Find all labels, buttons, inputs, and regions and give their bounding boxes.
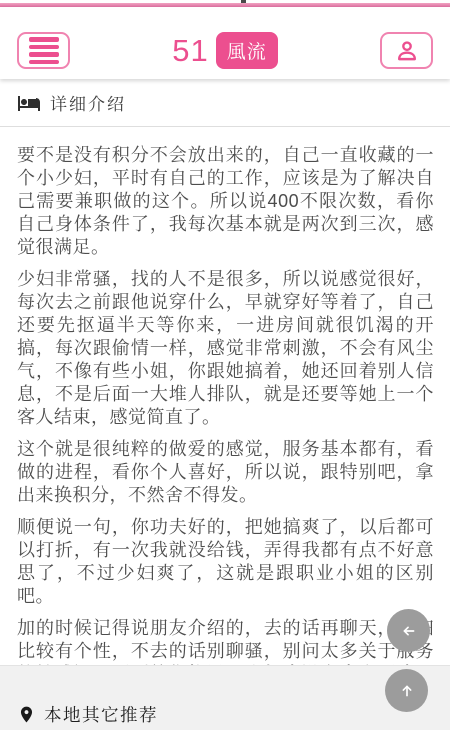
paragraph: 顺便说一句，你功夫好的，把她搞爽了，以后都可以打折，有一次我就没给钱，弄得我都有… <box>17 516 434 608</box>
footer-title: 本地其它推荐 <box>44 702 158 727</box>
bed-icon <box>17 91 41 115</box>
arrow-left-icon <box>398 620 420 642</box>
arrow-up-icon <box>396 680 418 702</box>
menu-button[interactable] <box>17 32 70 69</box>
section-title: 详细介绍 <box>50 90 126 115</box>
scroll-to-top-button[interactable] <box>385 669 428 712</box>
logo-number: 51 <box>172 35 208 66</box>
section-header: 详细介绍 <box>0 79 450 127</box>
site-logo[interactable]: 51 風流 <box>172 32 278 69</box>
header-bar: 51 風流 <box>0 7 450 79</box>
logo-badge: 風流 <box>216 32 278 69</box>
top-notch-mark <box>241 0 246 3</box>
paragraph: 这个就是很纯粹的做爱的感觉，服务基本都有，看做的进程，看你个人喜好，所以说，跟特… <box>17 438 434 507</box>
page: 51 風流 详细介绍 要不是没有积分不会放出来的，自己一直收藏的一个小少妇，平时… <box>0 0 450 730</box>
paragraph: 少妇非常骚，找的人不是很多，所以说感觉很好，每次去之前跟他说穿什么，早就穿好等着… <box>17 268 434 429</box>
location-pin-icon <box>17 705 36 724</box>
user-account-button[interactable] <box>380 32 433 69</box>
hamburger-icon <box>29 37 59 64</box>
back-button[interactable] <box>387 609 430 652</box>
article-body: 要不是没有积分不会放出来的，自己一直收藏的一个小少妇，平时有自己的工作，应该是为… <box>0 127 450 730</box>
paragraph: 要不是没有积分不会放出来的，自己一直收藏的一个小少妇，平时有自己的工作，应该是为… <box>17 144 434 259</box>
footer-section: 本地其它推荐 <box>0 665 450 730</box>
person-icon <box>394 38 420 64</box>
footer-header: 本地其它推荐 <box>0 666 450 727</box>
